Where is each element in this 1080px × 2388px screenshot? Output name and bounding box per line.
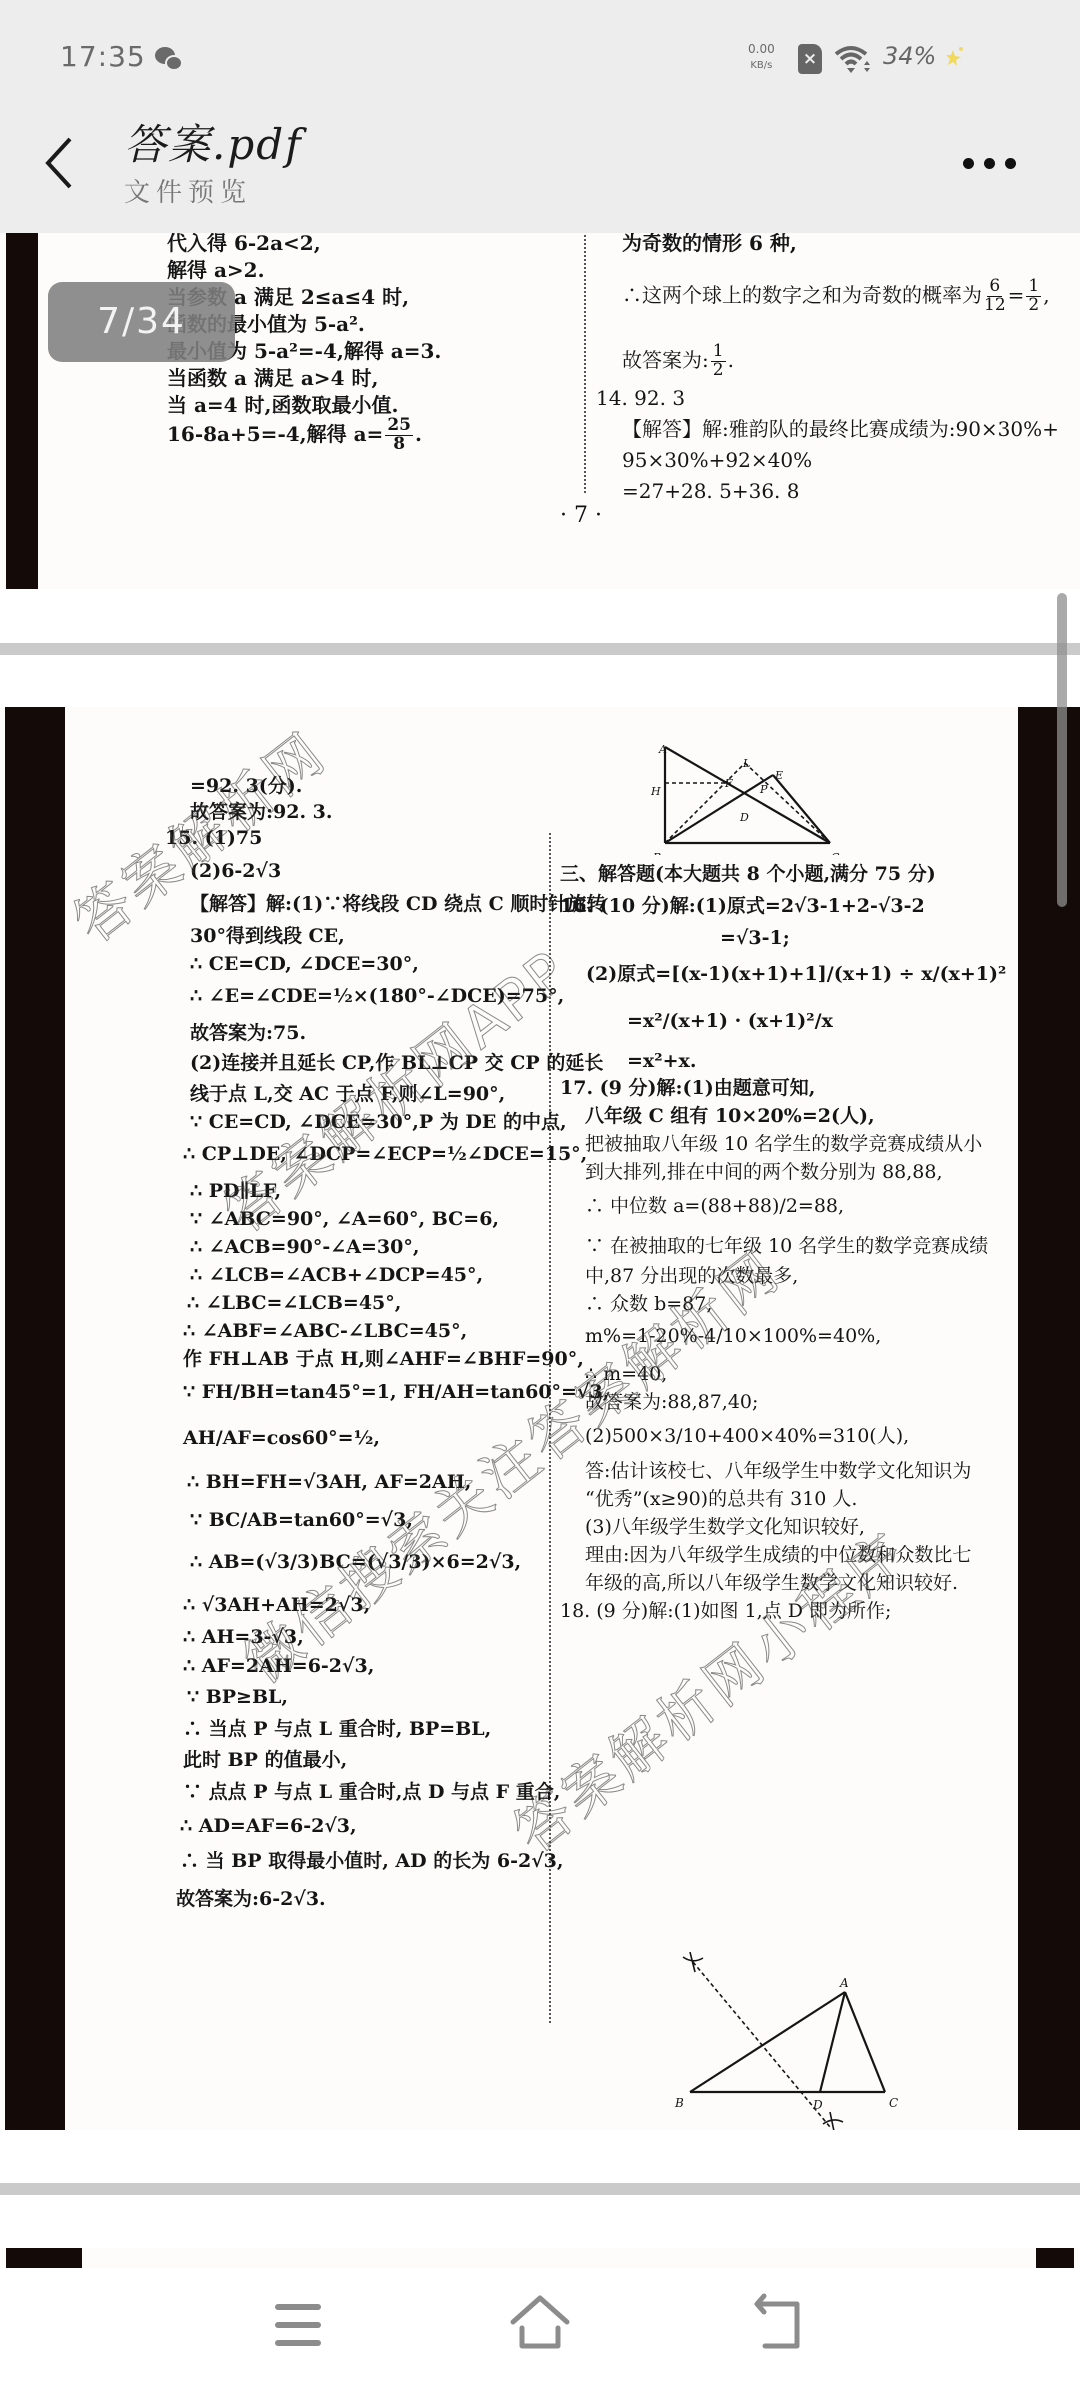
page8-left-line: ∵ 点点 P 与点 L 重合时,点 D 与点 F 重合, xyxy=(183,1783,560,1802)
page8-right-line: ∴ 中位数 a=(88+88)/2=88, xyxy=(585,1197,844,1216)
figure-label: P xyxy=(759,783,768,796)
fraction: 258 xyxy=(385,417,413,454)
back-icon xyxy=(740,2290,820,2360)
page8-right-line: 18. (9 分)解:(1)如图 1,点 D 即为所作; xyxy=(560,1602,891,1621)
page8-left-line: ∴ PD∥LF, xyxy=(190,1182,281,1201)
page7-right-line: 14. 92. 3 xyxy=(596,388,685,408)
figure-label: C xyxy=(889,2096,898,2110)
page8-left-line: ∴ 当 BP 取得最小值时, AD 的长为 6-2√3, xyxy=(180,1852,564,1871)
network-speed-value: 0.00 xyxy=(748,42,775,56)
page8-left-line: ∴ ∠LBC=∠LCB=45°, xyxy=(187,1294,401,1313)
page8-left-line: ∴ ∠ABF=∠ABC-∠LBC=45°, xyxy=(183,1322,467,1341)
wechat-notification-icon xyxy=(155,47,185,73)
network-speed-unit: KB/s xyxy=(748,59,775,73)
top-bar: 17:35 0.00 KB/s × 34% 答案.pdf 文件预览 xyxy=(0,0,1080,233)
page8-left-line: 故答案为:6-2√3. xyxy=(176,1890,326,1909)
nav-home-button[interactable] xyxy=(500,2290,580,2360)
battery-level: 34% xyxy=(883,42,936,70)
page8-right-line: 到大排列,排在中间的两个数分别为 88,88, xyxy=(585,1163,943,1182)
page8-right-line: 把被抽取八年级 10 名学生的数学竞赛成绩从小 xyxy=(585,1135,982,1154)
fraction: 612 xyxy=(984,278,1006,315)
page8-left-line: ∴ AF=2AH=6-2√3, xyxy=(183,1657,374,1676)
fraction: 12 xyxy=(711,343,726,380)
figure-label: B xyxy=(674,2096,684,2110)
column-divider xyxy=(584,233,586,493)
figure-label: C xyxy=(831,851,840,855)
page8-left-line: =92. 3(分). xyxy=(190,777,302,796)
page7-right-line: 95×30%+92×40% xyxy=(622,450,812,470)
page8-right-line: 年级的高,所以八年级学生数学文化知识较好. xyxy=(585,1574,958,1593)
page8-left-line: ∴ BH=FH=√3AH, AF=2AH, xyxy=(187,1473,471,1492)
page8-right-line: 17. (9 分)解:(1)由题意可知, xyxy=(560,1079,815,1098)
page7-left-line: 解得 a>2. xyxy=(167,260,265,280)
scan-edge xyxy=(1036,2248,1074,2268)
file-subtitle: 文件预览 xyxy=(124,172,252,209)
denominator: 2 xyxy=(713,362,724,380)
page8-right-line: =x²/(x+1) · (x+1)²/x xyxy=(627,1012,833,1031)
page8-left-line: 此时 BP 的值最小, xyxy=(183,1751,347,1770)
page7-left-line: 16-8a+5=-4,解得 a=258. xyxy=(167,417,422,454)
page8-left-line: 15. (1)75 xyxy=(165,829,262,848)
page8-left-line: ∴ ∠ACB=90°-∠A=30°, xyxy=(190,1238,419,1257)
back-arrow-icon[interactable] xyxy=(40,135,80,191)
page8-right-line: ∵ 在被抽取的七年级 10 名学生的数学竞赛成绩 xyxy=(585,1237,988,1256)
scan-edge xyxy=(6,2248,82,2268)
status-time: 17:35 xyxy=(60,40,146,73)
page7-right-line: ∴这两个球上的数字之和为奇数的概率为612=12, xyxy=(622,278,1050,315)
page8-right-line: 中,87 分出现的次数最多, xyxy=(585,1267,798,1286)
page8-right-line: (3)八年级学生数学文化知识较好, xyxy=(585,1518,865,1537)
page8-left-line: (2)连接并且延长 CP,作 BL⊥CP 交 CP 的延长 xyxy=(190,1054,603,1073)
sim-absent-icon: × xyxy=(798,44,822,74)
figure-label: E xyxy=(774,769,783,782)
page8-left-line: AH/AF=cos60°=½, xyxy=(183,1429,380,1448)
page8-left-line: ∴ AB=(√3/3)BC=(√3/3)×6=2√3, xyxy=(190,1553,521,1572)
denominator: 2 xyxy=(1028,297,1039,315)
page8-left-line: ∴ ∠E=∠CDE=½×(180°-∠DCE)=75°, xyxy=(190,987,564,1006)
network-speed: 0.00 KB/s xyxy=(748,42,775,73)
page8-right-line: =√3-1; xyxy=(720,929,790,948)
page-number: · 7 · xyxy=(560,503,602,528)
text: ∴这两个球上的数字之和为奇数的概率为 xyxy=(622,283,982,307)
text: 故答案为: xyxy=(622,348,709,372)
page-indicator: 7/34 xyxy=(48,282,235,362)
page7-right-line: 【解答】解:雅韵队的最终比赛成绩为:90×30%+ xyxy=(622,419,1059,439)
page8-left-line: ∵ BC/AB=tan60°=√3, xyxy=(190,1511,413,1530)
scan-edge xyxy=(1018,707,1080,2130)
navigation-bar xyxy=(0,2268,1080,2388)
page8-left-line: 故答案为:92. 3. xyxy=(190,803,333,822)
page7-right-line: 为奇数的情形 6 种, xyxy=(622,233,797,253)
more-options-icon[interactable] xyxy=(960,152,1020,176)
file-title: 答案.pdf xyxy=(124,112,303,172)
page8-right-line: (2)原式=[(x-1)(x+1)+1]/(x+1) ÷ x/(x+1)² xyxy=(586,965,1006,984)
figure-label: D xyxy=(812,2098,823,2112)
page7-left-line: 当 a=4 时,函数取最小值. xyxy=(167,395,398,415)
page8-left-line: ∴ AD=AF=6-2√3, xyxy=(180,1817,357,1836)
column-divider xyxy=(549,833,551,2023)
page8-left-line: ∴ 当点 P 与点 L 重合时, BP=BL, xyxy=(183,1720,491,1739)
figure-label: A xyxy=(839,1976,849,1990)
page8-left-line: 作 FH⊥AB 于点 H,则∠AHF=∠BHF=90°, xyxy=(183,1350,584,1369)
pdf-viewer[interactable]: 代入得 6-2a<2,解得 a>2.当参数 a 满足 2≤a≤4 时,函数的最小… xyxy=(0,233,1080,2268)
page8-right-line: ∴ m=40, xyxy=(585,1365,667,1384)
page8-left-line: ∴ √3AH+AH=2√3, xyxy=(183,1596,370,1615)
page8-left-line: (2)6-2√3 xyxy=(190,862,281,881)
page7-right-line: =27+28. 5+36. 8 xyxy=(622,481,800,501)
page8-right-line: m%=1-20%-4/10×100%=40%, xyxy=(585,1327,881,1346)
page8-right-line: (2)500×3/10+400×40%=310(人), xyxy=(585,1427,909,1446)
page8-right-line: 理由:因为八年级学生成绩的中位数和众数比七 xyxy=(585,1546,971,1565)
figure-label: A xyxy=(658,745,667,756)
page8-right-line: 八年级 C 组有 10×20%=2(人), xyxy=(585,1107,875,1126)
page8-left-line: ∵ ∠ABC=90°, ∠A=60°, BC=6, xyxy=(190,1210,499,1229)
figure-label: F xyxy=(724,777,733,790)
geometry-figure: ALEHFPDBC xyxy=(645,745,855,855)
page8-left-line: ∴ ∠LCB=∠ACB+∠DCP=45°, xyxy=(190,1266,483,1285)
page8-left-line: ∴ AH=3-√3, xyxy=(183,1628,304,1647)
page-separator xyxy=(0,643,1080,655)
menu-icon xyxy=(258,2290,338,2360)
pdf-page-9 xyxy=(0,2248,1080,2268)
scan-edge xyxy=(6,233,38,589)
page8-right-line: 16. (10 分)解:(1)原式=2√3-1+2-√3-2 xyxy=(560,897,925,916)
denominator: 12 xyxy=(984,297,1006,315)
page8-left-line: ∵ BP≥BL, xyxy=(187,1688,288,1707)
page8-right-line: ∴ 众数 b=87, xyxy=(585,1295,712,1314)
page7-right-line: 故答案为:12. xyxy=(622,343,734,380)
page8-left-line: 【解答】解:(1)∵将线段 CD 绕点 C 顺时针旋转 xyxy=(190,895,605,914)
page8-left-line: 线于点 L,交 AC 于点 F,则∠L=90°, xyxy=(190,1085,505,1104)
page8-right-line: 故答案为:88,87,40; xyxy=(585,1393,758,1412)
figure-label: B xyxy=(652,851,661,855)
page8-left-line: ∵ CE=CD, ∠DCE=30°,P 为 DE 的中点, xyxy=(190,1113,567,1132)
nav-menu-button[interactable] xyxy=(258,2290,338,2360)
home-icon xyxy=(500,2290,580,2360)
page8-right-line: 三、解答题(本大题共 8 个小题,满分 75 分) xyxy=(560,865,936,884)
figure-label: D xyxy=(739,811,749,824)
page8-left-line: ∴ CP⊥DE, ∠DCP=∠ECP=½∠DCE=15°, xyxy=(183,1145,587,1164)
text: , xyxy=(1043,283,1049,307)
scan-edge xyxy=(5,707,65,2130)
page8-left-line: 30°得到线段 CE, xyxy=(190,927,345,946)
page7-left-line: 当函数 a 满足 a>4 时, xyxy=(167,368,378,388)
fraction: 12 xyxy=(1026,278,1041,315)
page7-left-line: 代入得 6-2a<2, xyxy=(167,233,321,253)
page8-left-line: 故答案为:75. xyxy=(190,1024,306,1043)
text: . xyxy=(728,348,734,372)
nav-back-button[interactable] xyxy=(740,2290,820,2360)
page8-right-line: 答:估计该校七、八年级学生中数学文化知识为 xyxy=(585,1462,971,1481)
figure-label: L xyxy=(742,757,750,770)
page8-left-line: ∴ CE=CD, ∠DCE=30°, xyxy=(190,955,419,974)
page8-right-line: =x²+x. xyxy=(627,1052,696,1071)
scrollbar[interactable] xyxy=(1057,593,1067,907)
page8-right-line: “优秀”(x≥90)的总共有 310 人. xyxy=(585,1490,857,1509)
text: = xyxy=(1008,283,1025,307)
pdf-page-8: =92. 3(分).故答案为:92. 3.15. (1)75(2)6-2√3【解… xyxy=(0,707,1080,2130)
page8-left-line: ∵ FH/BH=tan45°=1, FH/AH=tan60°=√3, xyxy=(183,1383,609,1402)
wifi-icon xyxy=(834,44,872,74)
figure-1: ABDC xyxy=(665,1952,955,2130)
page-separator xyxy=(0,2183,1080,2195)
battery-saver-icon xyxy=(945,46,965,68)
figure-label: H xyxy=(650,785,661,798)
